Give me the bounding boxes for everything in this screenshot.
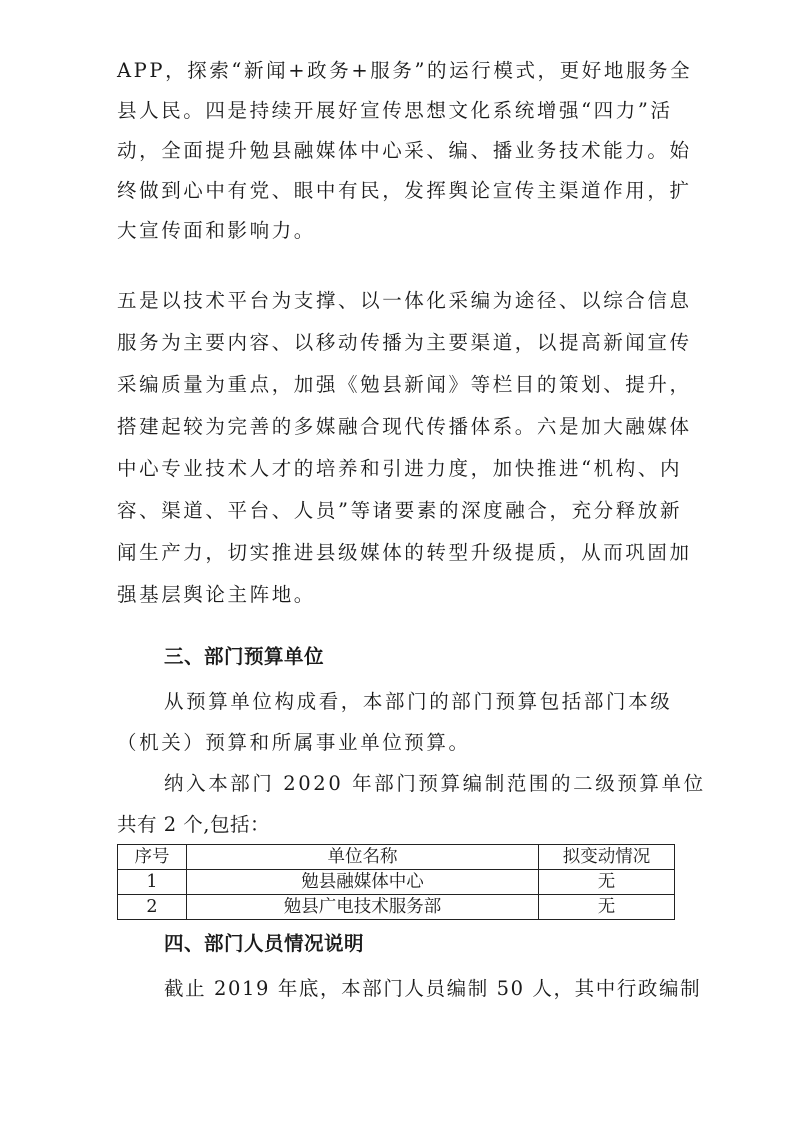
paragraph-line: 县人民。四是持续开展好宣传思想文化系统增强“四力”活	[117, 99, 677, 123]
paragraph-line: 闻生产力，切实推进县级媒体的转型升级提质，从而巩固加	[117, 541, 677, 565]
table-row: 1 勉县融媒体中心 无	[118, 870, 675, 895]
paragraph-line: 采编质量为重点，加强《勉县新闻》等栏目的策划、提升，	[117, 373, 677, 397]
column-header-unit-name: 单位名称	[187, 845, 539, 870]
cell-index: 1	[118, 870, 187, 895]
paragraph-line: 五是以技术平台为支撑、以一体化采编为途径、以综合信息	[117, 289, 677, 313]
budget-units-table: 序号 单位名称 拟变动情况 1 勉县融媒体中心 无 2 勉县广电技术服务部 无	[117, 844, 675, 920]
paragraph-line: （机关）预算和所属事业单位预算。	[117, 731, 677, 755]
paragraph-line: 截止 2019 年底，本部门人员编制 50 人，其中行政编制	[164, 977, 677, 1001]
paragraph-line: 服务为主要内容、以移动传播为主要渠道，以提高新闻宣传	[117, 331, 677, 355]
column-header-index: 序号	[118, 845, 187, 870]
paragraph-line: 动，全面提升勉县融媒体中心采、编、播业务技术能力。始	[117, 139, 677, 163]
paragraph-line: 容、渠道、平台、人员”等诸要素的深度融合，充分释放新	[117, 499, 677, 523]
paragraph-line: 强基层舆论主阵地。	[117, 583, 677, 607]
paragraph-line: 大宣传面和影响力。	[117, 219, 677, 243]
section-heading-staffing: 四、部门人员情况说明	[164, 932, 364, 956]
column-header-change-status: 拟变动情况	[539, 845, 675, 870]
cell-index: 2	[118, 895, 187, 920]
paragraph-line: 从预算单位构成看，本部门的部门预算包括部门本级	[164, 690, 677, 714]
cell-unit-name: 勉县融媒体中心	[187, 870, 539, 895]
paragraph-line: 终做到心中有党、眼中有民，发挥舆论宣传主渠道作用，扩	[117, 179, 677, 203]
section-heading-budget-units: 三、部门预算单位	[164, 645, 324, 669]
cell-change-status: 无	[539, 870, 675, 895]
paragraph-line: 搭建起较为完善的多媒融合现代传播体系。六是加大融媒体	[117, 415, 677, 439]
table-header-row: 序号 单位名称 拟变动情况	[118, 845, 675, 870]
paragraph-line: APP，探索“新闻+政务+服务”的运行模式，更好地服务全	[117, 59, 677, 83]
cell-change-status: 无	[539, 895, 675, 920]
cell-unit-name: 勉县广电技术服务部	[187, 895, 539, 920]
table-row: 2 勉县广电技术服务部 无	[118, 895, 675, 920]
paragraph-line: 共有 2 个,包括：	[117, 813, 677, 837]
paragraph-line: 中心专业技术人才的培养和引进力度，加快推进“机构、内	[117, 457, 677, 481]
paragraph-line: 纳入本部门 2020 年部门预算编制范围的二级预算单位	[164, 772, 677, 796]
